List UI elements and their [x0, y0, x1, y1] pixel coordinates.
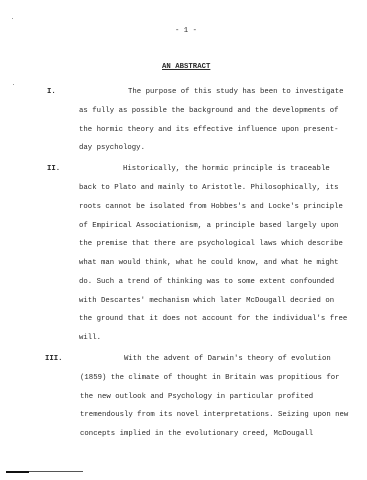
document-page: - 1 - AN ABSTRACT I. The purpose of this… [0, 0, 367, 480]
text-line: (1859) the climate of thought in Britain… [80, 374, 340, 383]
text-line: the hormic theory and its effective infl… [79, 126, 339, 135]
scan-speck [13, 84, 14, 85]
text-line: of Empirical Associationism, a principle… [79, 222, 339, 231]
page-number: - 1 - [175, 27, 197, 36]
section-numeral: II. [47, 165, 60, 173]
text-line: tremendously from its novel interpretati… [80, 411, 348, 420]
section-numeral: III. [45, 355, 63, 363]
page-title: AN ABSTRACT [162, 63, 210, 72]
text-line: concepts implied in the evolutionary cre… [80, 430, 313, 439]
section-numeral: I. [47, 88, 56, 96]
text-line: the premise that there are psychological… [79, 240, 343, 249]
text-line: back to Plato and mainly to Aristotle. P… [79, 184, 339, 193]
text-line: what man would think, what he could know… [79, 259, 339, 268]
text-line: will. [79, 334, 101, 343]
text-line: with Descartes' mechanism which later Mc… [79, 297, 334, 306]
text-line: The purpose of this study has been to in… [128, 88, 344, 97]
text-line: day psychology. [79, 144, 145, 153]
text-line: do. Such a trend of thinking was to some… [79, 278, 334, 287]
text-line: as fully as possible the background and … [79, 107, 339, 116]
text-line: the ground that it does not account for … [79, 315, 347, 324]
scan-speck [12, 18, 13, 19]
text-line: With the advent of Darwin's theory of ev… [124, 355, 331, 364]
text-line: roots cannot be isolated from Hobbes's a… [79, 203, 343, 212]
footnote-rule-mark [6, 471, 29, 473]
text-line: Historically, the hormic principle is tr… [123, 165, 330, 174]
text-line: the new outlook and Psychology in partic… [80, 393, 313, 402]
